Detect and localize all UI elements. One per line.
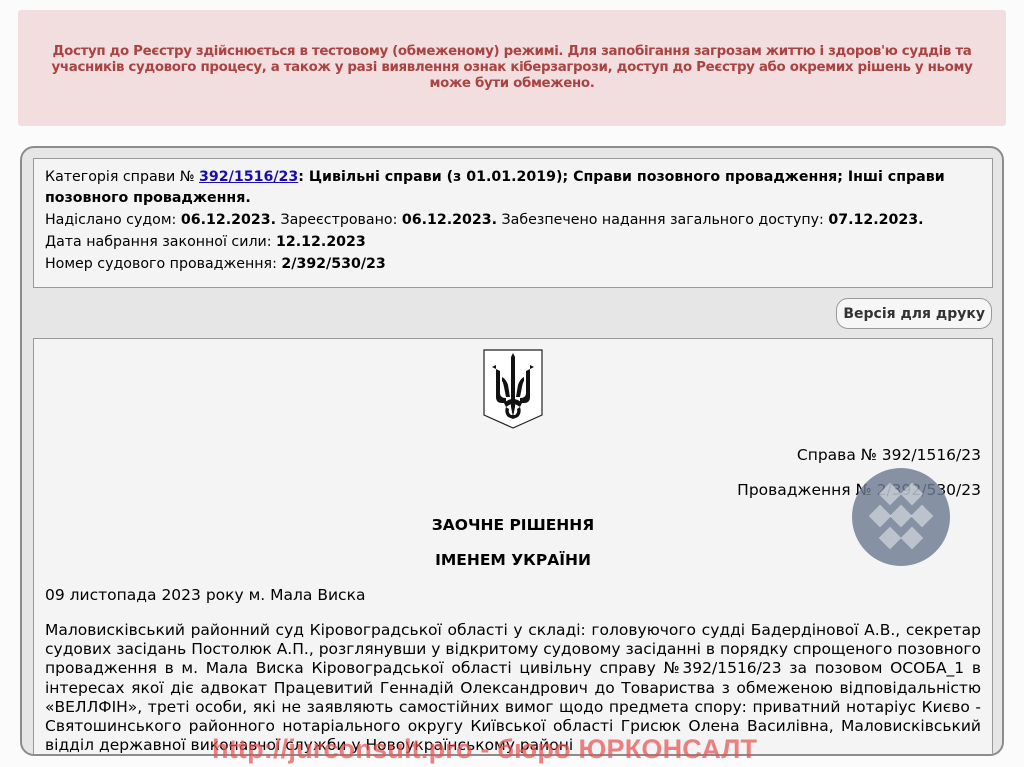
dates-row: Надіслано судом: 06.12.2023. Зареєстрова… bbox=[45, 209, 981, 231]
case-category-row: Категорія справи № 392/1516/23: Цивільні… bbox=[45, 167, 981, 208]
print-version-button[interactable]: Версія для друку bbox=[836, 298, 992, 329]
decision-document: Справа № 392/1516/23 Провадження № 2/392… bbox=[33, 338, 993, 756]
watermark-logo-icon bbox=[852, 468, 950, 566]
case-number-link[interactable]: 392/1516/23 bbox=[199, 169, 298, 185]
trident-emblem-icon bbox=[45, 349, 981, 429]
proceeding-number: 2/392/530/23 bbox=[281, 256, 385, 272]
decision-title: ЗАОЧНЕ РІШЕННЯ bbox=[45, 516, 981, 535]
sent-label: Надіслано судом: bbox=[45, 212, 181, 228]
case-reference: Справа № 392/1516/23 bbox=[45, 446, 981, 465]
sent-date: 06.12.2023. bbox=[181, 212, 276, 228]
category-label: Категорія справи № bbox=[45, 169, 199, 185]
decision-frame: Категорія справи № 392/1516/23: Цивільні… bbox=[20, 146, 1004, 756]
access-notice-text: Доступ до Реєстру здійснюється в тестово… bbox=[32, 44, 992, 92]
watermark-text: http://jurconsult.pro - бюро ЮРКОНСАЛТ bbox=[212, 734, 757, 765]
case-info-panel: Категорія справи № 392/1516/23: Цивільні… bbox=[33, 158, 993, 288]
access-notice-banner: Доступ до Реєстру здійснюється в тестово… bbox=[18, 10, 1006, 126]
proceeding-reference: Провадження № 2/392/530/23 bbox=[45, 481, 981, 500]
effective-date: 12.12.2023 bbox=[276, 234, 366, 250]
effective-label: Дата набрання законної сили: bbox=[45, 234, 276, 250]
access-label: Забезпечено надання загального доступу: bbox=[497, 212, 828, 228]
decision-subtitle: ІМЕНЕМ УКРАЇНИ bbox=[45, 551, 981, 570]
registered-label: Зареєстровано: bbox=[276, 212, 402, 228]
effective-date-row: Дата набрання законної сили: 12.12.2023 bbox=[45, 231, 981, 253]
registered-date: 06.12.2023. bbox=[402, 212, 497, 228]
proceeding-label: Номер судового провадження: bbox=[45, 256, 281, 272]
proceeding-number-row: Номер судового провадження: 2/392/530/23 bbox=[45, 253, 981, 275]
decision-date-place: 09 листопада 2023 року м. Мала Виска bbox=[45, 586, 981, 605]
access-date: 07.12.2023. bbox=[828, 212, 923, 228]
